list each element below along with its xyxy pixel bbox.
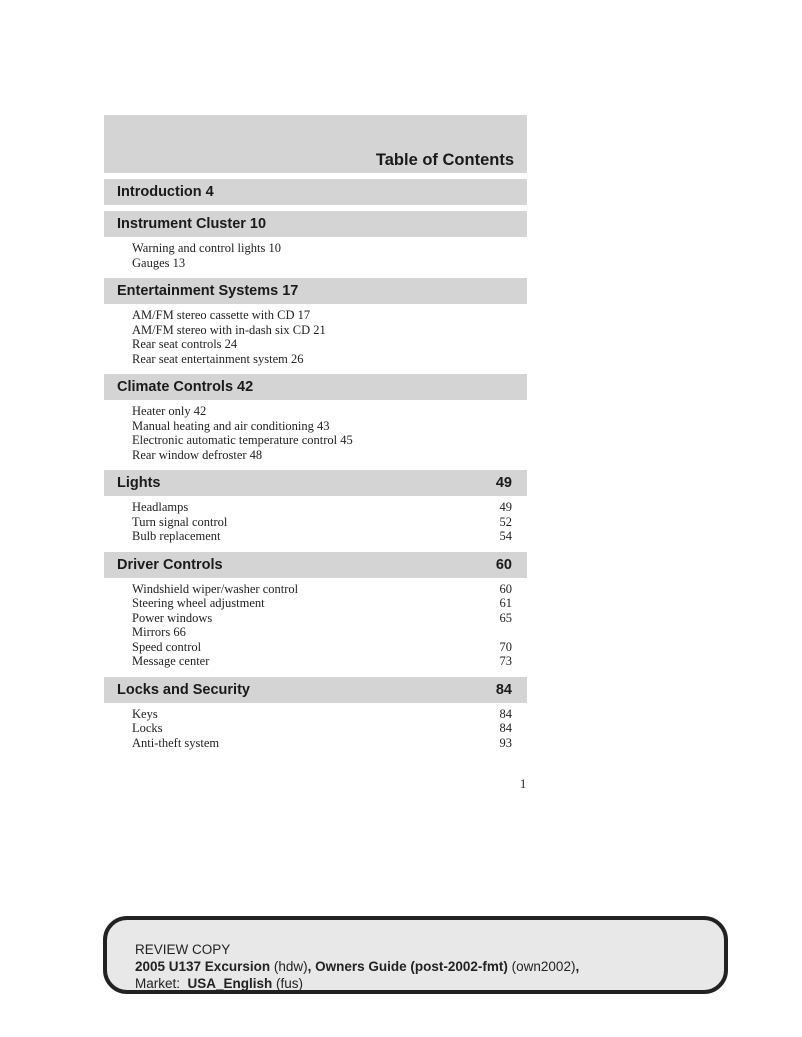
toc-entry[interactable]: AM/FM stereo with in-dash six CD 21 [104,323,527,338]
separator: , [575,959,579,974]
entry-page: 60 [500,582,513,597]
entry-title: Bulb replacement [132,529,221,544]
review-market-line: Market: USA_English (fus) [135,975,579,992]
toc-entry[interactable]: AM/FM stereo cassette with CD 17 [104,308,527,323]
model-name: 2005 U137 Excursion [135,959,270,974]
section-header[interactable]: Locks and Security84 [104,677,527,703]
section-header[interactable]: Entertainment Systems 17 [104,278,527,304]
toc-entry[interactable]: Speed control70 [104,640,527,655]
market-code: (fus) [272,976,303,991]
toc-entry[interactable]: Rear window defroster 48 [104,448,527,463]
entry-title: Speed control [132,640,201,655]
toc-entry[interactable]: Mirrors 66 [104,625,527,640]
entry-title: Electronic automatic temperature control… [132,433,353,448]
section-title: Lights [117,475,161,491]
section-title: Locks and Security [117,682,250,698]
toc-section: Entertainment Systems 17AM/FM stereo cas… [104,278,527,368]
entry-page: 70 [500,640,513,655]
document-page: Table of Contents Introduction 4Instrume… [0,0,802,1037]
toc-entry[interactable]: Bulb replacement54 [104,529,527,544]
separator: , [308,959,316,974]
table-of-contents: Table of Contents Introduction 4Instrume… [104,115,527,752]
section-header[interactable]: Driver Controls60 [104,552,527,578]
market-name: USA_English [188,976,273,991]
entry-title: Keys [132,707,158,722]
guide-name: Owners Guide (post-2002-fmt) [315,959,508,974]
guide-code: (own2002) [508,959,576,974]
toc-entry[interactable]: Headlamps49 [104,500,527,515]
section-title: Entertainment Systems 17 [117,283,298,299]
toc-section: Introduction 4 [104,179,527,205]
entry-page: 49 [500,500,513,515]
toc-entry[interactable]: Rear seat controls 24 [104,337,527,352]
entry-title: Rear seat entertainment system 26 [132,352,303,367]
section-items: Keys84Locks84Anti-theft system93 [104,703,527,753]
review-copy-label: REVIEW COPY [135,941,579,958]
toc-sections: Introduction 4Instrument Cluster 10Warni… [104,179,527,752]
toc-entry[interactable]: Locks84 [104,721,527,736]
entry-title: Gauges 13 [132,256,185,271]
section-items: Windshield wiper/washer control60Steerin… [104,578,527,671]
entry-title: Headlamps [132,500,188,515]
page-number: 1 [520,777,526,792]
section-title: Introduction 4 [117,184,214,200]
section-header[interactable]: Climate Controls 42 [104,374,527,400]
section-page: 84 [496,682,512,698]
section-page: 60 [496,557,512,573]
toc-entry[interactable]: Anti-theft system93 [104,736,527,751]
entry-title: AM/FM stereo cassette with CD 17 [132,308,310,323]
entry-title: Mirrors 66 [132,625,186,640]
entry-title: Heater only 42 [132,404,206,419]
entry-page: 84 [500,707,513,722]
entry-page: 93 [500,736,513,751]
entry-title: Message center [132,654,209,669]
market-label: Market: [135,976,188,991]
entry-title: Turn signal control [132,515,227,530]
toc-entry[interactable]: Electronic automatic temperature control… [104,433,527,448]
toc-section: Climate Controls 42Heater only 42Manual … [104,374,527,464]
section-items: Heater only 42Manual heating and air con… [104,400,527,464]
toc-entry[interactable]: Turn signal control52 [104,515,527,530]
toc-entry[interactable]: Steering wheel adjustment61 [104,596,527,611]
model-code: (hdw) [270,959,308,974]
toc-entry[interactable]: Manual heating and air conditioning 43 [104,419,527,434]
toc-section: Locks and Security84Keys84Locks84Anti-th… [104,677,527,753]
toc-entry[interactable]: Message center73 [104,654,527,669]
entry-page: 73 [500,654,513,669]
entry-page: 54 [500,529,513,544]
entry-title: Windshield wiper/washer control [132,582,298,597]
section-items: AM/FM stereo cassette with CD 17AM/FM st… [104,304,527,368]
toc-entry[interactable]: Rear seat entertainment system 26 [104,352,527,367]
entry-title: Steering wheel adjustment [132,596,265,611]
entry-page: 65 [500,611,513,626]
toc-entry[interactable]: Warning and control lights 10 [104,241,527,256]
toc-entry[interactable]: Power windows65 [104,611,527,626]
entry-page: 52 [500,515,513,530]
entry-title: Warning and control lights 10 [132,241,281,256]
toc-entry[interactable]: Heater only 42 [104,404,527,419]
toc-section: Lights49Headlamps49Turn signal control52… [104,470,527,546]
section-title: Instrument Cluster 10 [117,216,266,232]
review-copy-box: REVIEW COPY 2005 U137 Excursion (hdw), O… [103,916,728,994]
section-title: Driver Controls [117,557,223,573]
review-model-line: 2005 U137 Excursion (hdw), Owners Guide … [135,958,579,975]
toc-section: Driver Controls60Windshield wiper/washer… [104,552,527,671]
section-items: Headlamps49Turn signal control52Bulb rep… [104,496,527,546]
toc-title: Table of Contents [376,151,514,170]
toc-section: Instrument Cluster 10Warning and control… [104,211,527,272]
entry-page: 61 [500,596,513,611]
toc-title-box: Table of Contents [104,115,527,173]
section-page: 49 [496,475,512,491]
section-header[interactable]: Lights49 [104,470,527,496]
section-header[interactable]: Instrument Cluster 10 [104,211,527,237]
entry-title: Rear seat controls 24 [132,337,237,352]
toc-entry[interactable]: Keys84 [104,707,527,722]
section-items: Warning and control lights 10Gauges 13 [104,237,527,272]
entry-title: AM/FM stereo with in-dash six CD 21 [132,323,326,338]
entry-title: Anti-theft system [132,736,219,751]
entry-title: Locks [132,721,163,736]
entry-title: Manual heating and air conditioning 43 [132,419,330,434]
toc-entry[interactable]: Gauges 13 [104,256,527,271]
toc-entry[interactable]: Windshield wiper/washer control60 [104,582,527,597]
entry-title: Rear window defroster 48 [132,448,262,463]
entry-page: 84 [500,721,513,736]
section-header[interactable]: Introduction 4 [104,179,527,205]
entry-title: Power windows [132,611,212,626]
section-title: Climate Controls 42 [117,379,253,395]
